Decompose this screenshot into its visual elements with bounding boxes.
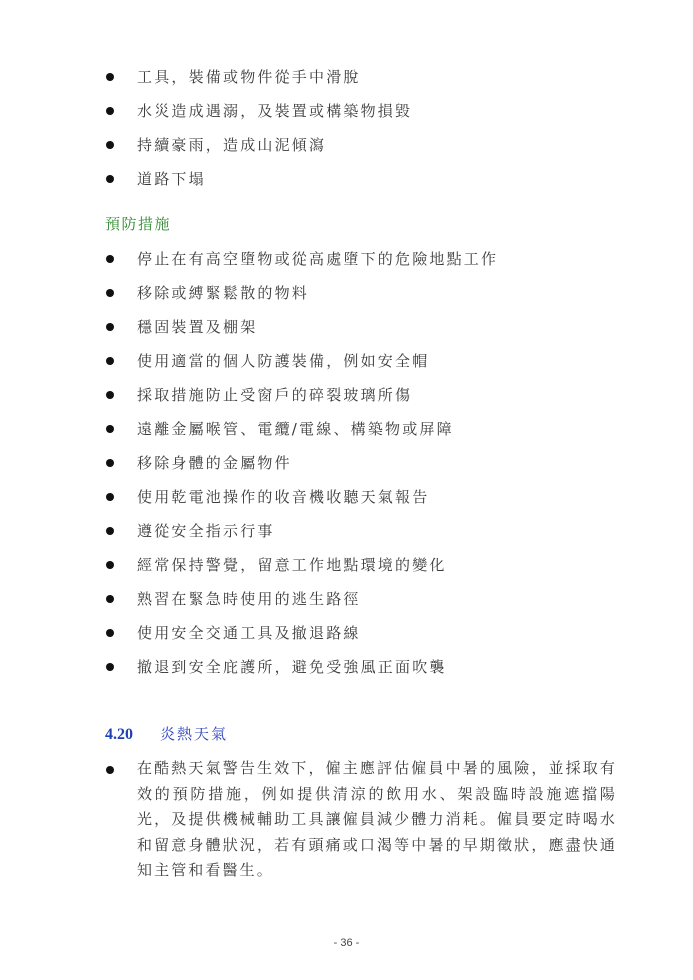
page-number: - 36 - [0, 937, 693, 949]
list-item: 穩固裝置及棚架 [0, 313, 693, 347]
list-item: 持續豪雨，造成山泥傾瀉 [0, 131, 693, 165]
hazards-list: 工具，裝備或物件從手中滑脫 水災造成遇溺，及裝置或構築物損毀 持續豪雨，造成山泥… [0, 63, 693, 199]
section-title: 炎熱天氣 [160, 725, 228, 743]
list-item-text: 使用乾電池操作的收音機收聽天氣報告 [137, 483, 429, 511]
list-item: 使用乾電池操作的收音機收聽天氣報告 [0, 483, 693, 517]
list-item-text: 道路下塌 [137, 165, 206, 193]
bullet-icon [106, 107, 114, 115]
list-item: 使用適當的個人防護裝備，例如安全帽 [0, 347, 693, 381]
list-item: 遵從安全指示行事 [0, 517, 693, 551]
list-item-text: 水災造成遇溺，及裝置或構築物損毀 [137, 97, 412, 125]
bullet-icon [106, 629, 114, 637]
list-item-text: 採取措施防止受窗戶的碎裂玻璃所傷 [137, 381, 412, 409]
bullet-icon [106, 595, 114, 603]
bullet-icon [106, 493, 114, 501]
list-item: 經常保持警覺，留意工作地點環境的變化 [0, 551, 693, 585]
bullet-icon [106, 425, 114, 433]
prevention-heading: 預防措施 [105, 210, 171, 238]
list-item: 熟習在緊急時使用的逃生路徑 [0, 585, 693, 619]
bullet-icon [106, 527, 114, 535]
list-item-text: 遠離金屬喉管、電纜/電線、構築物或屏障 [137, 415, 454, 443]
list-item: 水災造成遇溺，及裝置或構築物損毀 [0, 97, 693, 131]
list-item: 使用安全交通工具及撤退路線 [0, 619, 693, 653]
list-item-text: 持續豪雨，造成山泥傾瀉 [137, 131, 326, 159]
list-item: 工具，裝備或物件從手中滑脫 [0, 63, 693, 97]
bullet-icon [106, 766, 114, 774]
section-number: 4.20 [105, 721, 160, 749]
list-item: 遠離金屬喉管、電纜/電線、構築物或屏障 [0, 415, 693, 449]
list-item: 撤退到安全庇護所，避免受強風正面吹襲 [0, 653, 693, 687]
bullet-icon [106, 289, 114, 297]
list-item: 移除身體的金屬物件 [0, 449, 693, 483]
list-item: 停止在有高空墮物或從高處墮下的危險地點工作 [0, 245, 693, 279]
bullet-icon [106, 357, 114, 365]
list-item-text: 停止在有高空墮物或從高處墮下的危險地點工作 [137, 245, 498, 273]
bullet-icon [106, 459, 114, 467]
list-item-text: 工具，裝備或物件從手中滑脫 [137, 63, 361, 91]
list-item: 道路下塌 [0, 165, 693, 199]
list-item-text: 撤退到安全庇護所，避免受強風正面吹襲 [137, 653, 447, 681]
section-heading: 4.20炎熱天氣 [105, 720, 228, 749]
list-item-text: 使用適當的個人防護裝備，例如安全帽 [137, 347, 429, 375]
list-item-text: 熟習在緊急時使用的逃生路徑 [137, 585, 361, 613]
bullet-icon [106, 323, 114, 331]
bullet-icon [106, 73, 114, 81]
bullet-icon [106, 175, 114, 183]
list-item: 採取措施防止受窗戶的碎裂玻璃所傷 [0, 381, 693, 415]
section-paragraph: 在酷熱天氣警告生效下，僱主應評估僱員中暑的風險，並採取有效的預防措施，例如提供清… [137, 756, 617, 884]
list-item-text: 移除身體的金屬物件 [137, 449, 292, 477]
list-item-text: 遵從安全指示行事 [137, 517, 275, 545]
bullet-icon [106, 561, 114, 569]
list-item-text: 經常保持警覺，留意工作地點環境的變化 [137, 551, 447, 579]
bullet-icon [106, 391, 114, 399]
bullet-icon [106, 663, 114, 671]
prevention-list: 停止在有高空墮物或從高處墮下的危險地點工作 移除或縛緊鬆散的物料 穩固裝置及棚架… [0, 245, 693, 687]
list-item-text: 移除或縛緊鬆散的物料 [137, 279, 309, 307]
bullet-icon [106, 255, 114, 263]
list-item: 移除或縛緊鬆散的物料 [0, 279, 693, 313]
bullet-icon [106, 141, 114, 149]
list-item-text: 穩固裝置及棚架 [137, 313, 257, 341]
list-item-text: 使用安全交通工具及撤退路線 [137, 619, 361, 647]
